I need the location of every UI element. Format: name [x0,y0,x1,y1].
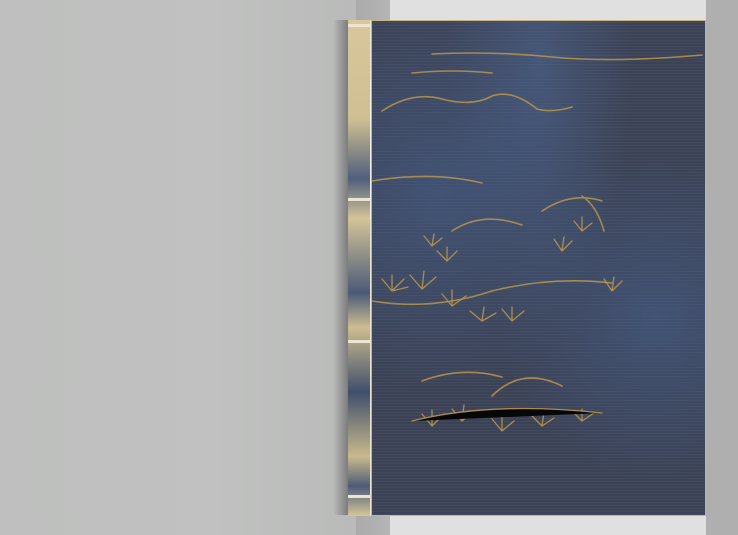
binding-stitch [348,24,370,27]
background-right-edge [706,0,738,535]
gold-grass-motif-icon [372,21,707,517]
book-spine [348,20,371,516]
book [348,20,706,516]
background-left [0,0,356,535]
book-shadow [333,20,349,515]
binding-stitch [348,198,370,201]
binding-stitch [348,495,370,498]
book-cover [371,20,706,516]
binding-stitch [348,340,370,343]
